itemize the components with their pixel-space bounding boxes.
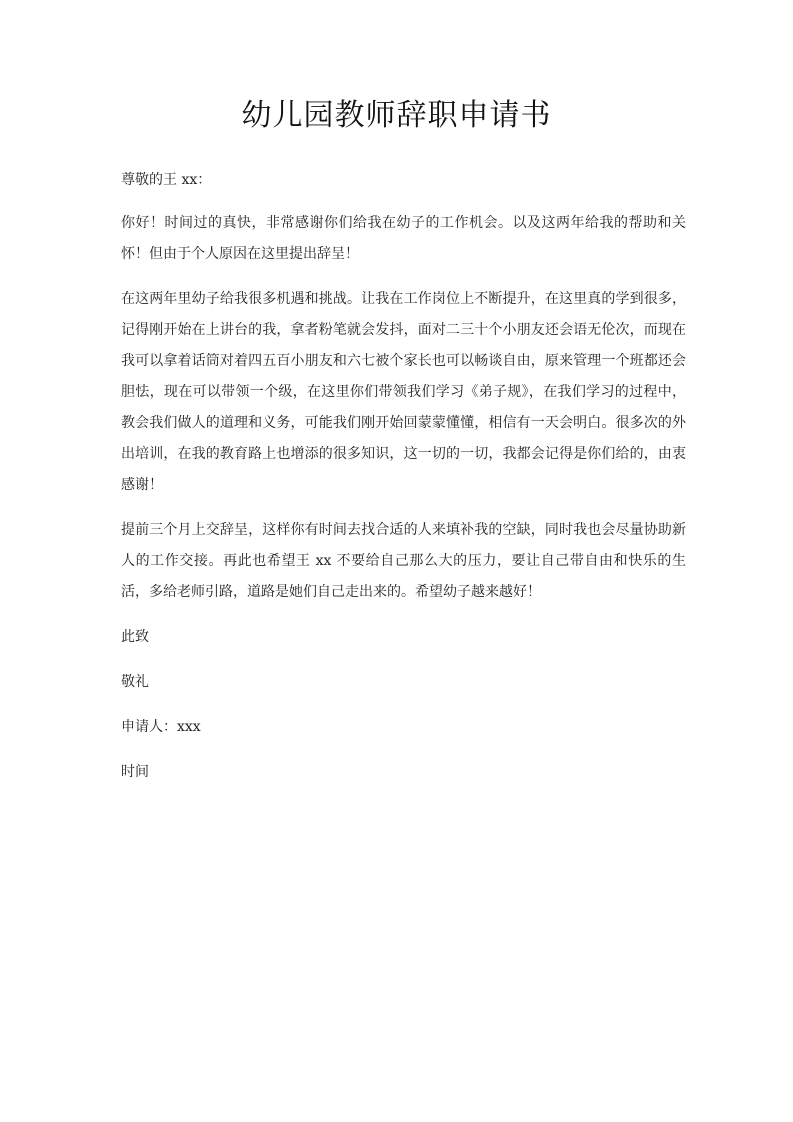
document-body: 尊敬的王 xx： 你好！时间过的真快，非常感谢你们给我在幼子的工作机会。以及这两… [121,165,686,802]
applicant-signature: 申请人：xxx [121,712,686,743]
paragraph-greeting: 你好！时间过的真快，非常感谢你们给我在幼子的工作机会。以及这两年给我的帮助和关怀… [121,208,686,270]
document-title: 幼儿园教师辞职申请书 [0,96,793,136]
salutation: 尊敬的王 xx： [121,165,686,196]
date-line: 时间 [121,757,686,788]
paragraph-handover: 提前三个月上交辞呈，这样你有时间去找合适的人来填补我的空缺，同时我也会尽量协助新… [121,515,686,608]
closing-cizhi: 此致 [121,622,686,653]
document-page: 幼儿园教师辞职申请书 尊敬的王 xx： 你好！时间过的真快，非常感谢你们给我在幼… [0,0,793,1122]
closing-jingli: 敬礼 [121,667,686,698]
paragraph-experience: 在这两年里幼子给我很多机遇和挑战。让我在工作岗位上不断提升，在这里真的学到很多，… [121,284,686,501]
